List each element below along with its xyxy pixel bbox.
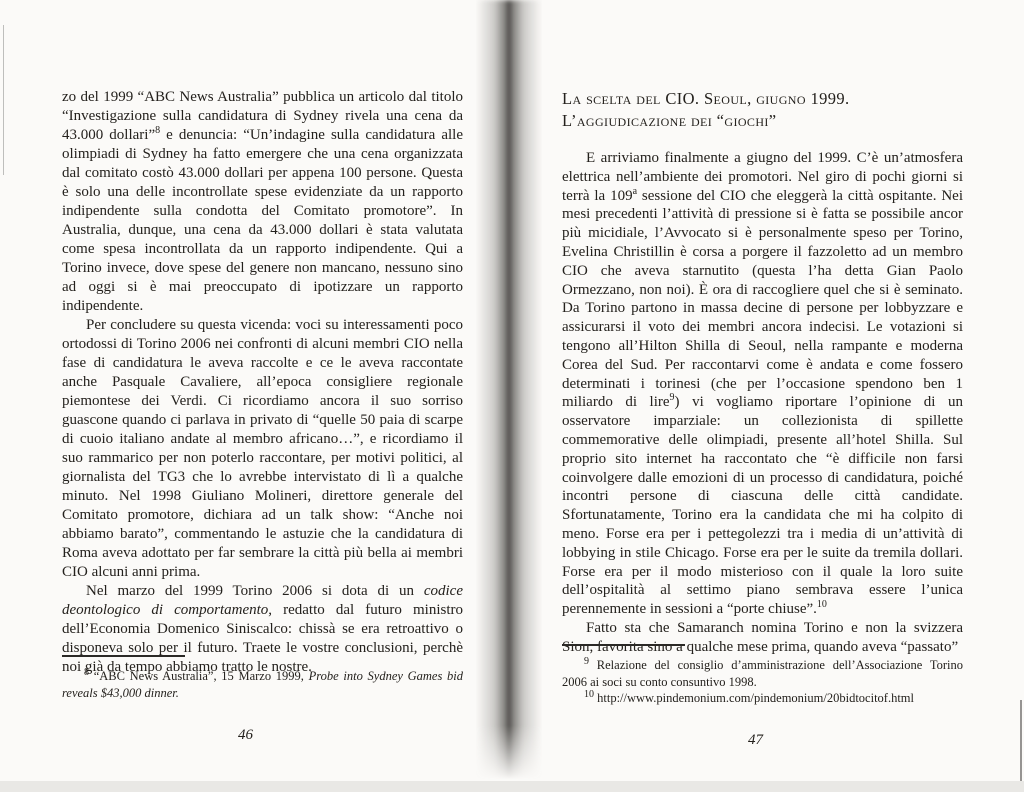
- section-title: La scelta del CIO. Seoul, giugno 1999.L’…: [562, 88, 963, 132]
- section-title-line1: La scelta del CIO. Seoul, giugno 1999.: [562, 89, 850, 108]
- left-page: zo del 1999 “ABC News Australia” pubblic…: [62, 88, 463, 677]
- page-number-left: 46: [238, 727, 253, 744]
- paragraph-text: Nel marzo del 1999 Torino 2006 si dota d…: [86, 583, 424, 599]
- scanner-bed-edge: [0, 781, 1024, 792]
- footnote-10: 10 http://www.pindemonium.com/pindemoniu…: [562, 690, 963, 707]
- right-page: La scelta del CIO. Seoul, giugno 1999.L’…: [562, 88, 963, 657]
- paragraph: E arriviamo finalmente a giugno del 1999…: [562, 149, 963, 619]
- footnote-separator: [62, 655, 185, 657]
- page-number-right: 47: [748, 732, 763, 749]
- left-footnotes: 8 “ABC News Australia”, 15 Marzo 1999, P…: [62, 655, 463, 701]
- paragraph-text: e denuncia: “Un’indagine sulla candidatu…: [62, 127, 463, 314]
- book-gutter-shadow: [476, 0, 542, 780]
- footnote-url-text: http://www.pindemonium.com/pindemonium/2…: [594, 691, 914, 705]
- footnote-marker: 10: [584, 689, 594, 700]
- footnote-text: Relazione del consiglio d’amministrazion…: [562, 658, 963, 689]
- footnote-9: 9 Relazione del consiglio d’amministrazi…: [562, 657, 963, 690]
- paragraph-text: sessione del CIO che eleggerà la città o…: [562, 188, 963, 411]
- paragraph-continuation: zo del 1999 “ABC News Australia” pubblic…: [62, 88, 463, 316]
- footnote-separator: [562, 644, 685, 646]
- scan-edge-artifact-left: [3, 25, 4, 175]
- section-title-line2: L’aggiudicazione dei “giochi”: [562, 111, 777, 130]
- scan-edge-artifact-right: [1020, 700, 1022, 790]
- footnote-text: “ABC News Australia”, 15 Marzo 1999,: [89, 669, 309, 683]
- paragraph-text: ) vi vogliamo riportare l’opinione di un…: [562, 394, 963, 617]
- paragraph: Per concludere su questa vicenda: voci s…: [62, 316, 463, 582]
- footnote-ref-10: 10: [817, 599, 827, 610]
- footnote-8: 8 “ABC News Australia”, 15 Marzo 1999, P…: [62, 668, 463, 701]
- right-footnotes: 9 Relazione del consiglio d’amministrazi…: [562, 644, 963, 707]
